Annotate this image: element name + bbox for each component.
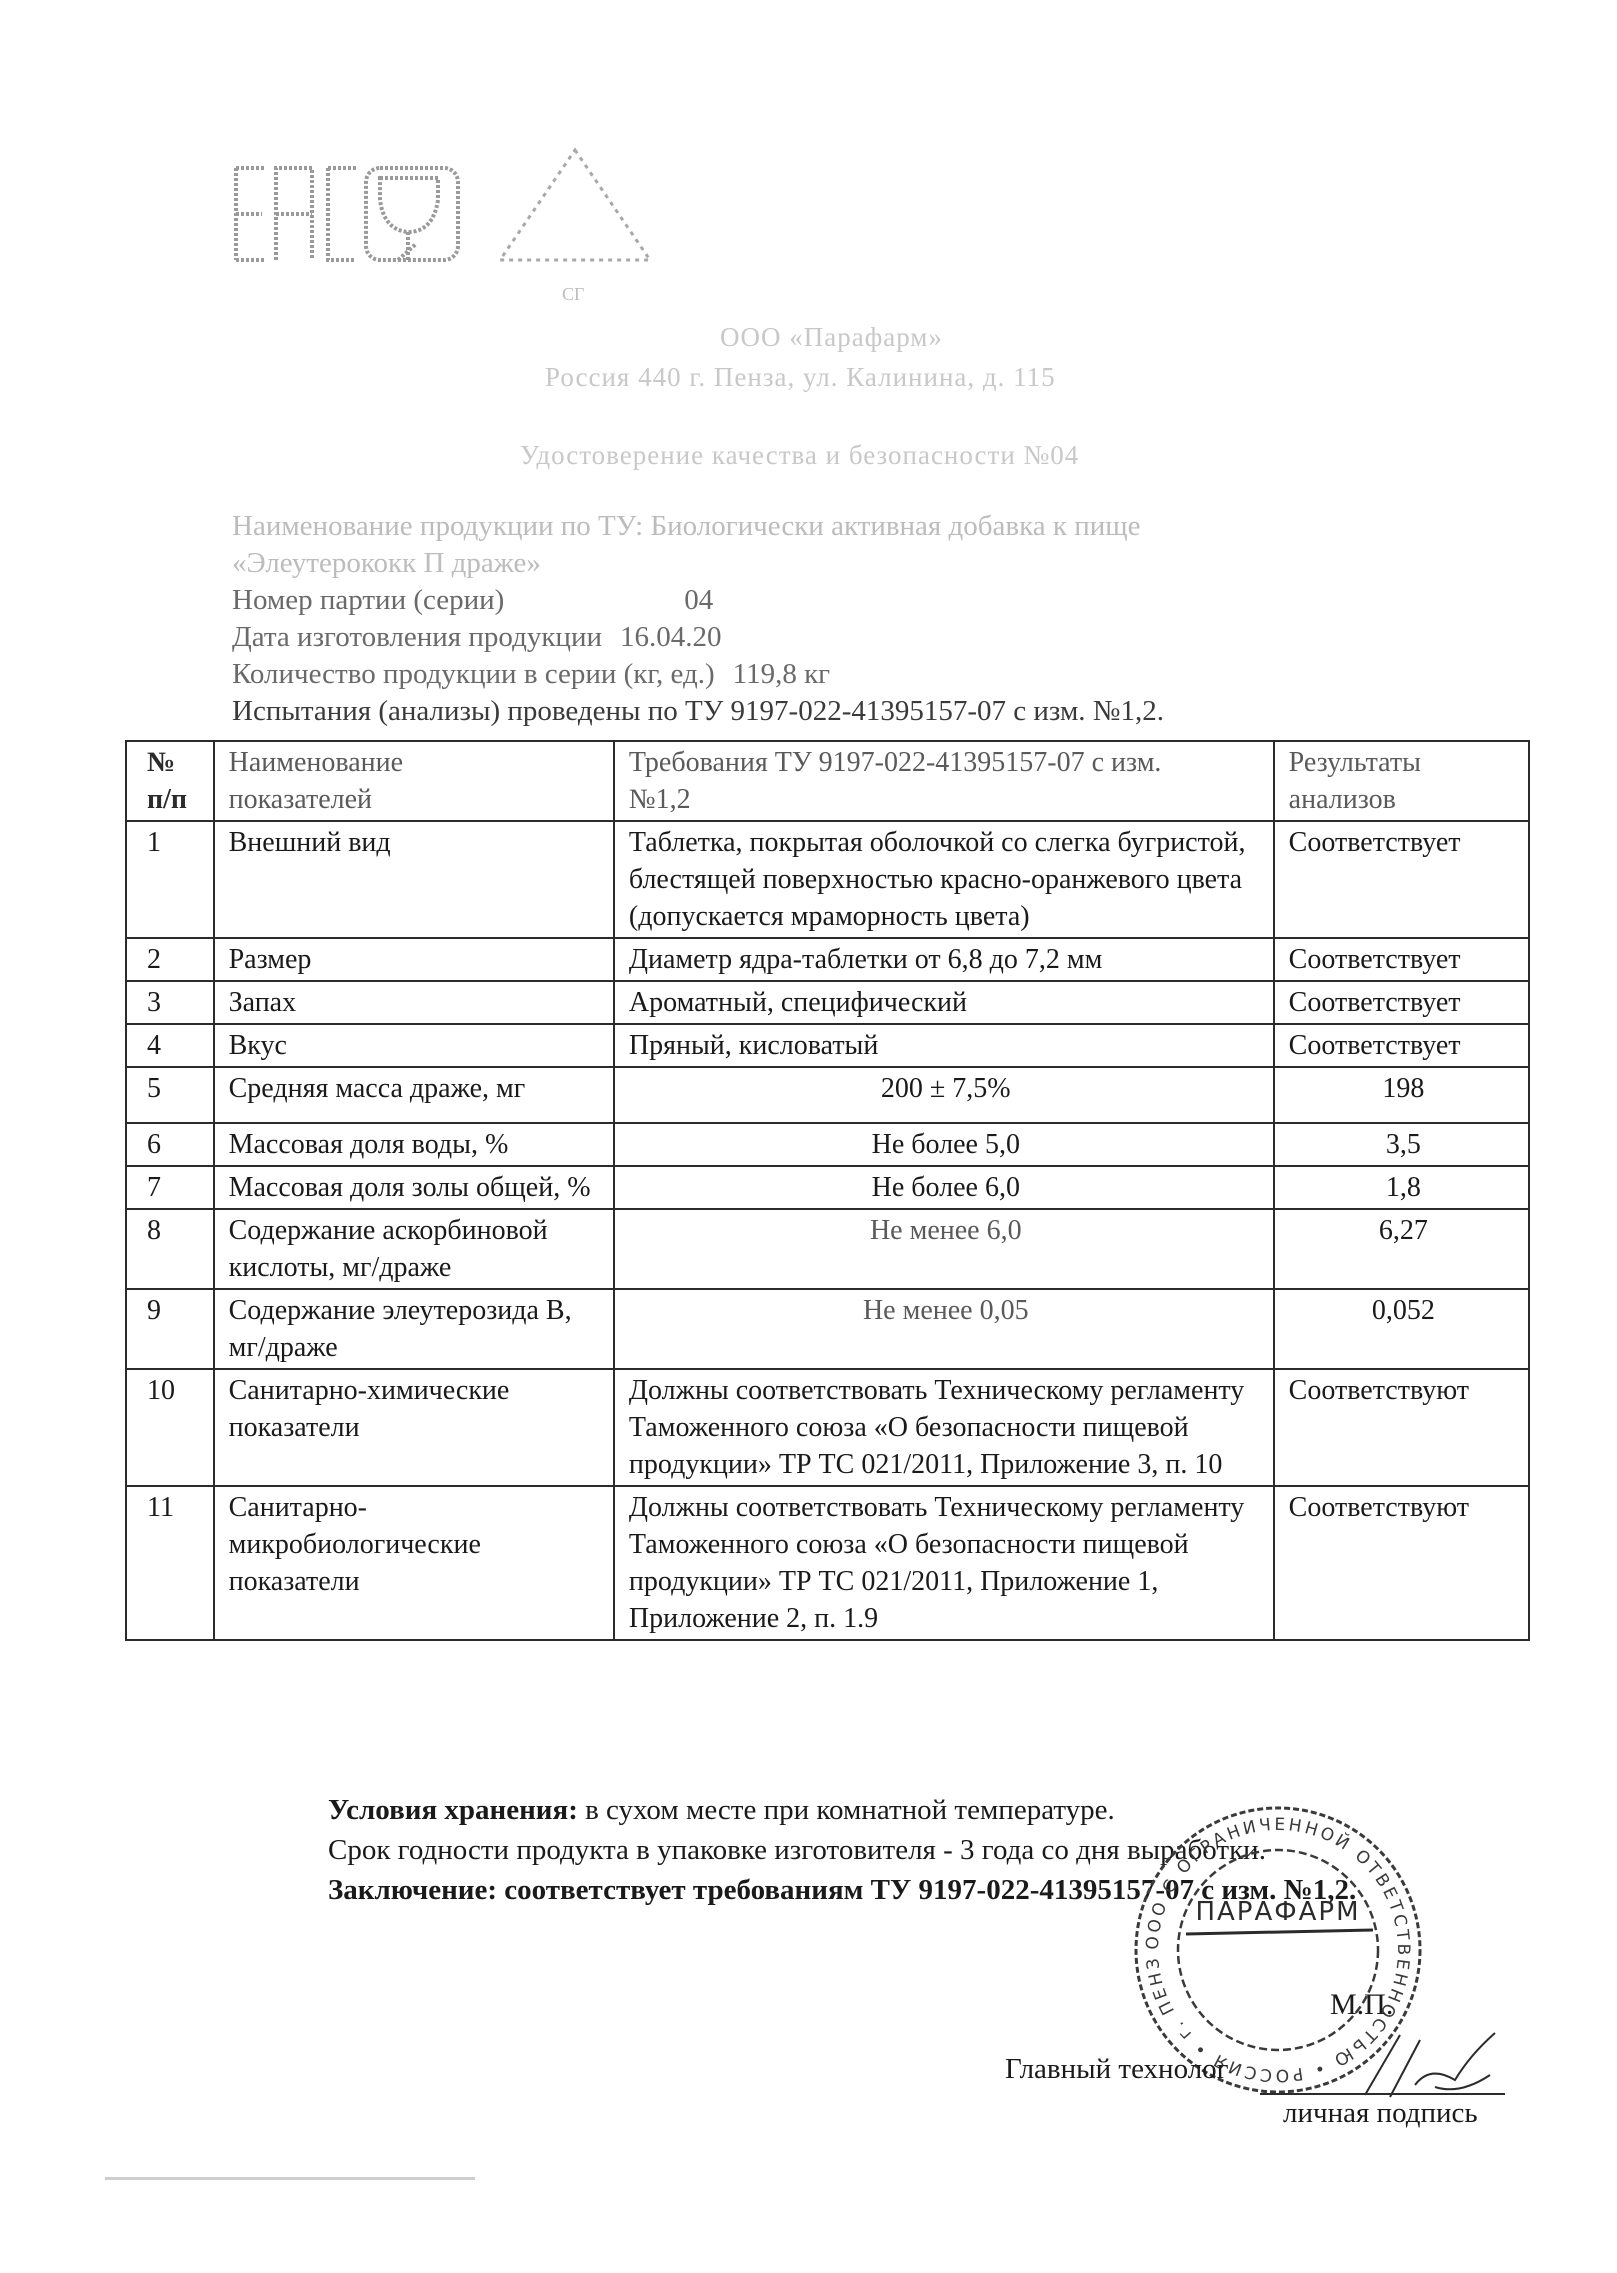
row-requirement: Не более 6,0 (614, 1166, 1274, 1209)
manufacture-date-label: Дата изготовления продукции (232, 621, 602, 653)
row-num: 1 (126, 821, 214, 938)
row-num: 10 (126, 1369, 214, 1486)
row-requirement: Таблетка, покрытая оболочкой со слегка б… (614, 821, 1274, 938)
signature-label: личная подпись (1283, 2097, 1478, 2130)
header-requirement: Требования ТУ 9197-022-41395157-07 с изм… (614, 741, 1274, 821)
handwritten-signature-icon (1360, 2025, 1500, 2100)
row-requirement: Ароматный, специфический (614, 981, 1274, 1024)
row-name: Санитарно-химические показатели (214, 1369, 614, 1486)
product-name-value: Биологически активная добавка к пище (650, 510, 1140, 542)
product-info-block: Наименование продукции по ТУ: Биологичес… (232, 508, 1164, 730)
row-result: Соответствует (1274, 981, 1529, 1024)
row-num: 4 (126, 1024, 214, 1067)
row-num: 2 (126, 938, 214, 981)
header-name: Наименованиепоказателей (214, 741, 614, 821)
row-name: Внешний вид (214, 821, 614, 938)
eac-mark-icon (228, 160, 478, 270)
row-result: 1,8 (1274, 1166, 1529, 1209)
row-requirement: 200 ± 7,5% (614, 1067, 1274, 1123)
product-name-value-2: «Элеутерококк П драже» (232, 547, 541, 579)
header-result: Результатыанализов (1274, 741, 1529, 821)
table-row: 10 Санитарно-химические показатели Должн… (126, 1369, 1529, 1486)
quantity-label: Количество продукции в серии (кг, ед.) (232, 658, 715, 690)
table-row: 3 Запах Ароматный, специфический Соответ… (126, 981, 1529, 1024)
triangle-certification-icon: СГ (490, 140, 660, 310)
company-name: ООО «Парафарм» (720, 322, 943, 353)
batch-value: 04 (684, 584, 713, 616)
table-row: 9 Содержание элеутерозида В, мг/драже Не… (126, 1289, 1529, 1369)
row-result: 3,5 (1274, 1123, 1529, 1166)
row-name: Размер (214, 938, 614, 981)
manufacture-date-value: 16.04.20 (620, 621, 722, 653)
table-row: 11 Санитарно-микробиологические показате… (126, 1486, 1529, 1640)
product-name-label: Наименование продукции по ТУ: (232, 510, 643, 542)
row-name: Средняя масса драже, мг (214, 1067, 614, 1123)
row-requirement: Должны соответствовать Техническому регл… (614, 1486, 1274, 1640)
signature-line (1260, 2093, 1505, 2095)
row-requirement: Должны соответствовать Техническому регл… (614, 1369, 1274, 1486)
table-row: 1 Внешний вид Таблетка, покрытая оболочк… (126, 821, 1529, 938)
signer-role: Главный технолог (1005, 2053, 1229, 2086)
row-name: Вкус (214, 1024, 614, 1067)
row-name: Содержание аскорбиновой кислоты, мг/драж… (214, 1209, 614, 1289)
table-row: 7 Массовая доля золы общей, % Не более 6… (126, 1166, 1529, 1209)
row-requirement: Не менее 0,05 (614, 1289, 1274, 1369)
svg-text:ПАРАФАРМ: ПАРАФАРМ (1195, 1897, 1360, 1927)
results-table: №п/п Наименованиепоказателей Требования … (125, 740, 1530, 1641)
row-num: 3 (126, 981, 214, 1024)
row-requirement: Не более 5,0 (614, 1123, 1274, 1166)
row-num: 11 (126, 1486, 214, 1640)
header-num: №п/п (126, 741, 214, 821)
row-requirement: Пряный, кисловатый (614, 1024, 1274, 1067)
bottom-divider (105, 2177, 475, 2180)
row-result: Соответствует (1274, 938, 1529, 981)
row-num: 7 (126, 1166, 214, 1209)
certificate-title: Удостоверение качества и безопасности №0… (520, 440, 1079, 471)
table-row: 5 Средняя масса драже, мг 200 ± 7,5% 198 (126, 1067, 1529, 1123)
row-name: Содержание элеутерозида В, мг/драже (214, 1289, 614, 1369)
table-row: 6 Массовая доля воды, % Не более 5,0 3,5 (126, 1123, 1529, 1166)
row-requirement: Не менее 6,0 (614, 1209, 1274, 1289)
table-row: 8 Содержание аскорбиновой кислоты, мг/др… (126, 1209, 1529, 1289)
manufacture-date-line: Дата изготовления продукции16.04.20 (232, 619, 1164, 656)
table-row: 4 Вкус Пряный, кисловатый Соответствует (126, 1024, 1529, 1067)
product-name-line: Наименование продукции по ТУ: Биологичес… (232, 508, 1164, 545)
row-name: Массовая доля золы общей, % (214, 1166, 614, 1209)
row-result: Соответствует (1274, 821, 1529, 938)
row-name: Запах (214, 981, 614, 1024)
quantity-value: 119,8 кг (733, 658, 830, 690)
row-result: Соответствует (1274, 1024, 1529, 1067)
row-result: Соответствуют (1274, 1369, 1529, 1486)
table-header-row: №п/п Наименованиепоказателей Требования … (126, 741, 1529, 821)
product-name-line-2: «Элеутерококк П драже» (232, 545, 1164, 582)
row-num: 5 (126, 1067, 214, 1123)
row-result: 0,052 (1274, 1289, 1529, 1369)
row-num: 8 (126, 1209, 214, 1289)
row-name: Массовая доля воды, % (214, 1123, 614, 1166)
svg-text:СГ: СГ (562, 284, 584, 304)
row-result: 6,27 (1274, 1209, 1529, 1289)
quantity-line: Количество продукции в серии (кг, ед.)11… (232, 656, 1164, 693)
tests-line: Испытания (анализы) проведены по ТУ 9197… (232, 693, 1164, 730)
table-row: 2 Размер Диаметр ядра-таблетки от 6,8 до… (126, 938, 1529, 981)
row-name: Санитарно-микробиологические показатели (214, 1486, 614, 1640)
batch-label: Номер партии (серии) (232, 584, 504, 616)
row-num: 6 (126, 1123, 214, 1166)
row-result: Соответствуют (1274, 1486, 1529, 1640)
row-num: 9 (126, 1289, 214, 1369)
company-address: Россия 440 г. Пенза, ул. Калинина, д. 11… (545, 362, 1056, 393)
row-requirement: Диаметр ядра-таблетки от 6,8 до 7,2 мм (614, 938, 1274, 981)
row-result: 198 (1274, 1067, 1529, 1123)
stamp-place-mark: М.П. (1330, 1988, 1393, 2022)
batch-line: Номер партии (серии)04 (232, 582, 1164, 619)
